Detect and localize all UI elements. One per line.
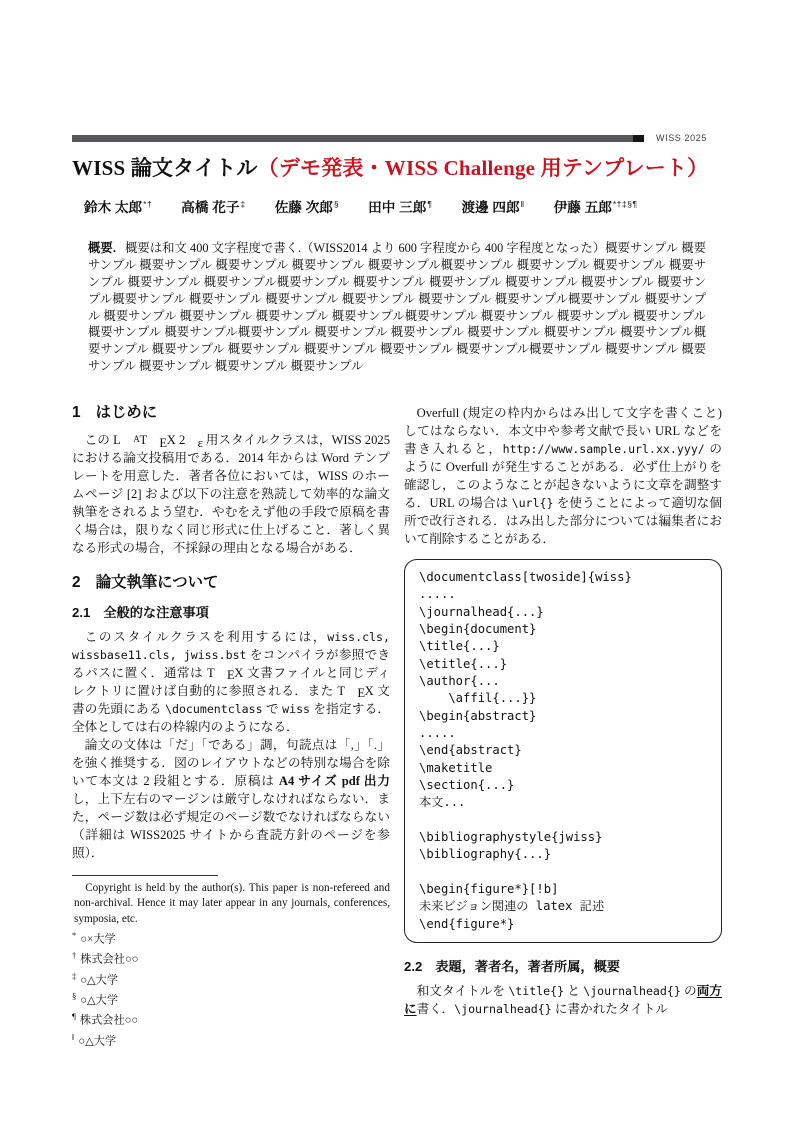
code-line: [419, 864, 707, 881]
author: 鈴木 太郎*†: [84, 196, 152, 216]
footnote-item: §○△大学: [72, 990, 390, 1009]
subsection2-2-paragraph: 和文タイトルを \title{} と \journalhead{} の両方に書く…: [404, 982, 722, 1018]
code-line: \bibliographystyle{jwiss}: [419, 829, 707, 846]
code-line: 未来ビジョン関連の latex 記述: [419, 898, 707, 915]
code-line: \title{...}: [419, 638, 707, 655]
footnote-mark: *: [72, 930, 76, 940]
text-segment: 2: [176, 433, 186, 447]
conference-label: WISS 2025: [656, 133, 707, 143]
author-affil-mark: §: [334, 199, 339, 209]
subsection-number: 2.2: [404, 959, 422, 975]
footnote-mark: §: [72, 991, 76, 1001]
text-segment-texE: ε: [185, 434, 203, 452]
code-line: \begin{abstract}: [419, 708, 707, 725]
text-segment: このスタイルクラスを利用するには，: [85, 630, 328, 644]
text-segment-texE: E: [147, 434, 167, 452]
author-name: 渡邊 四郎: [461, 200, 519, 215]
footnote-rule: [72, 875, 218, 876]
author: 渡邊 四郎‖: [461, 196, 524, 216]
section-title: 論文執筆について: [96, 574, 219, 592]
code-line: \documentclass[twoside]{wiss}: [419, 569, 707, 586]
code-line: \begin{figure*}[!b]: [419, 881, 707, 898]
author-name: 田中 三郎: [368, 200, 426, 215]
section-heading-2: 2 論文執筆について: [72, 574, 390, 592]
subsection-heading-2-2: 2.2 表題，著者名，著者所属，概要: [404, 959, 722, 975]
footnote-block: Copyright is held by the author(s). This…: [72, 875, 390, 1050]
author: 田中 三郎¶: [368, 196, 432, 216]
footnote-affiliation: ○△大学: [80, 974, 118, 986]
latex-code-box: \documentclass[twoside]{wiss} ..... \jou…: [404, 559, 722, 943]
text-segment: 概要は和文 400 文字程度で書く.（WISS2014 より 600 字程度から…: [88, 241, 706, 373]
text-segment: し，上下左右のマージンは厳守しなければならない．また，ページ数は必ず規定のページ…: [72, 792, 390, 860]
author-affil-mark: ¶: [427, 199, 432, 209]
section1-paragraph: この LATEX 2ε 用スタイルクラスは，WISS 2025 における論文投稿…: [72, 431, 390, 557]
text-segment-mono: http://www.sample.url.xx.yyy/: [503, 442, 705, 456]
footnote-mark: ‖: [72, 1032, 74, 1042]
section-number: 2: [72, 574, 81, 592]
author: 佐藤 次郎§: [275, 196, 339, 216]
footnote-mark: †: [72, 950, 76, 960]
text-segment-mono: \url{}: [512, 496, 554, 510]
text-segment: 用スタイルクラスは，WISS 2025 における論文投稿用である．2014 年か…: [72, 433, 390, 555]
text-segment-texE: E: [214, 666, 234, 684]
footnote-affiliation: ○×大学: [80, 934, 115, 946]
footnote-affiliation: 株式会社○○: [80, 954, 138, 966]
text-segment-mono: \journalhead{}: [583, 984, 681, 998]
code-line: \section{...}: [419, 777, 707, 794]
footnote-mark: ‡: [72, 971, 76, 981]
code-line: \bibliography{...}: [419, 846, 707, 863]
subsection-number: 2.1: [72, 605, 90, 621]
left-column: 1 はじめに この LATEX 2ε 用スタイルクラスは，WISS 2025 に…: [72, 404, 390, 1050]
authors-row: 鈴木 太郎*† 高橋 花子‡ 佐藤 次郎§ 田中 三郎¶ 渡邊 四郎‖ 伊藤 五…: [72, 196, 722, 216]
author-affil-mark: ‖: [521, 199, 525, 209]
two-column-body: 1 はじめに この LATEX 2ε 用スタイルクラスは，WISS 2025 に…: [72, 404, 722, 1050]
code-line: \end{abstract}: [419, 742, 707, 759]
text-segment-texA: A: [121, 433, 140, 446]
overfull-paragraph: Overfull (規定の枠内からはみ出して文字を書くこと) してはならない．本…: [404, 404, 722, 548]
code-line: .....: [419, 725, 707, 742]
text-segment: と: [564, 984, 583, 998]
footnote-item: †株式会社○○: [72, 949, 390, 968]
subsection-title: 表題，著者名，著者所属，概要: [435, 959, 620, 975]
text-segment-bold: A4 サイズ pdf 出力: [279, 774, 390, 788]
paper-title-main: WISS 論文タイトル: [72, 156, 258, 180]
code-line: .....: [419, 586, 707, 603]
right-column: Overfull (規定の枠内からはみ出して文字を書くこと) してはならない．本…: [404, 404, 722, 1050]
code-line: \etitle{...}: [419, 656, 707, 673]
code-line: \end{figure*}: [419, 916, 707, 933]
text-segment-mono: \title{}: [508, 984, 564, 998]
footnote-list: *○×大学 †株式会社○○ ‡○△大学 §○△大学 ¶株式会社○○ ‖○△大学: [72, 929, 390, 1050]
footnote-item: ‡○△大学: [72, 970, 390, 989]
text-segment-mono: \journalhead{}: [454, 1002, 552, 1016]
section-title: はじめに: [96, 404, 158, 422]
text-segment: X: [365, 684, 374, 698]
text-segment: 書く．: [417, 1002, 455, 1016]
code-line: 本文...: [419, 794, 707, 811]
text-segment: この: [85, 433, 114, 447]
paper-title-subtitle: （デモ発表・WISS Challenge 用テンプレート）: [258, 156, 709, 180]
text-segment-mono: \documentclass: [165, 702, 263, 716]
text-segment: に書かれたタイトル: [552, 1002, 668, 1016]
author: 高橋 花子‡: [181, 196, 245, 216]
paper-page: WISS 2025 WISS 論文タイトル（デモ発表・WISS Challeng…: [0, 0, 794, 1123]
author-name: 伊藤 五郎: [554, 200, 612, 215]
author-affil-mark: ‡: [240, 199, 245, 209]
subsection2-1-paragraph-1: このスタイルクラスを利用するには，wiss.cls, wissbase11.cl…: [72, 628, 390, 736]
text-segment: の: [681, 984, 697, 998]
code-line: \author{...: [419, 673, 707, 690]
section-number: 1: [72, 404, 81, 422]
author-name: 高橋 花子: [181, 200, 239, 215]
footnote-affiliation: ○△大学: [80, 995, 118, 1007]
author-name: 佐藤 次郎: [275, 200, 333, 215]
text-segment-mono: wiss: [282, 702, 310, 716]
text-segment: で: [263, 702, 283, 716]
author: 伊藤 五郎*†‡§¶: [554, 196, 638, 216]
footnote-item: ‖○△大学: [72, 1031, 390, 1050]
footnote-affiliation: ○△大学: [78, 1036, 116, 1048]
footnote-item: *○×大学: [72, 929, 390, 948]
header-rule-bar: [72, 135, 644, 142]
author-affil-mark: *†‡§¶: [613, 199, 638, 209]
author-affil-mark: *†: [143, 199, 152, 209]
footnote-affiliation: 株式会社○○: [80, 1015, 138, 1027]
code-line: \affil{...}}: [419, 690, 707, 707]
code-line: \begin{document}: [419, 621, 707, 638]
footnote-mark: ¶: [72, 1011, 76, 1021]
subsection-heading-2-1: 2.1 全般的な注意事項: [72, 605, 390, 621]
subsection2-1-paragraph-2: 論文の文体は「だ」「である」調，句読点は「,」「.」を強く推奨する．図のレイアウ…: [72, 736, 390, 862]
code-line: \journalhead{...}: [419, 604, 707, 621]
section-heading-1: 1 はじめに: [72, 404, 390, 422]
page-header: WISS 2025: [72, 134, 722, 142]
code-line: [419, 812, 707, 829]
text-segment-texE: E: [345, 684, 365, 702]
paper-title: WISS 論文タイトル（デモ発表・WISS Challenge 用テンプレート）: [72, 155, 722, 181]
subsection-title: 全般的な注意事項: [103, 605, 209, 621]
copyright-note: Copyright is held by the author(s). This…: [72, 881, 390, 928]
author-name: 鈴木 太郎: [84, 200, 142, 215]
text-segment-abslabel: 概要.: [88, 241, 116, 255]
abstract-block: 概要.概要は和文 400 文字程度で書く.（WISS2014 より 600 字程…: [72, 240, 722, 375]
code-line: \maketitle: [419, 760, 707, 777]
text-segment: 和文タイトルを: [417, 984, 509, 998]
footnote-item: ¶株式会社○○: [72, 1010, 390, 1029]
text-segment: X: [167, 433, 176, 447]
header-rule-end-block: [633, 135, 644, 142]
